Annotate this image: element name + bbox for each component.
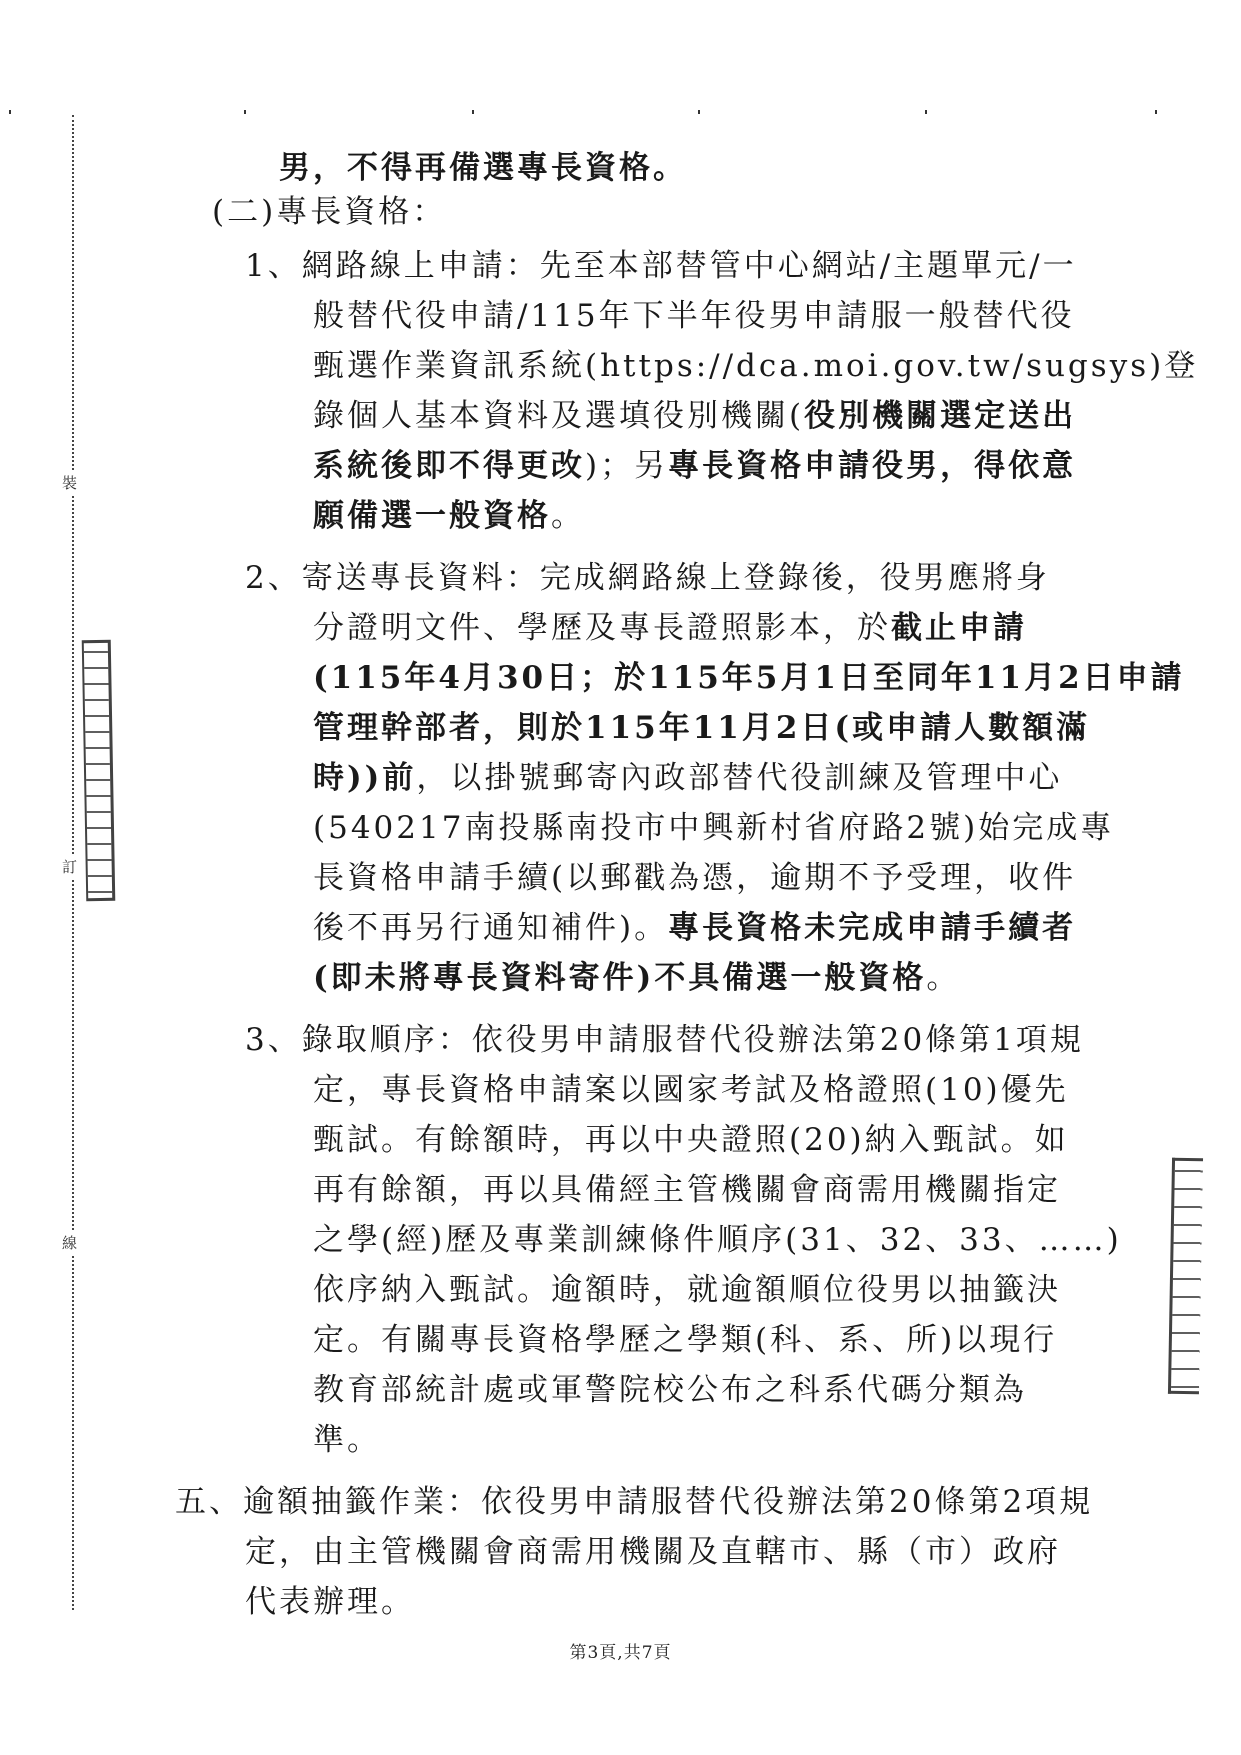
- binding-label-ding: 訂: [62, 856, 77, 878]
- bold-text-segment: 時))前: [313, 760, 416, 796]
- text-segment: 分證明文件、學歷及專長證照影本，於: [313, 610, 891, 646]
- text-line: 再有餘額，再以具備經主管機關會商需用機關指定: [313, 1170, 1061, 1210]
- text-segment: (二)專長資格：: [212, 194, 446, 230]
- text-segment: (540217南投縣南投市中興新村省府路2號)始完成專: [313, 810, 1114, 846]
- bold-text-segment: (即未將專長資料寄件)不具備選一般資格: [313, 960, 926, 996]
- bold-text-segment: 截止申請: [891, 610, 1027, 646]
- registration-tick: [472, 110, 474, 114]
- text-segment: 之學(經)歷及專業訓練條件順序(31、32、33、……): [313, 1222, 1122, 1258]
- bold-text-segment: 男，不得再備選專長資格。: [279, 150, 687, 186]
- text-line: 1、網路線上申請：先至本部替管中心網站/主題單元/一: [245, 246, 1077, 286]
- text-segment: 。: [551, 498, 585, 534]
- text-segment: 代表辦理。: [245, 1584, 415, 1620]
- text-segment: 3、錄取順序：依役男申請服替代役辦法第20條第1項規: [245, 1022, 1084, 1058]
- bold-text-segment: 願備選一般資格: [313, 498, 551, 534]
- text-line: (即未將專長資料寄件)不具備選一般資格。: [313, 958, 960, 998]
- text-segment: 依序納入甄試。逾額時，就逾額順位役男以抽籤決: [313, 1272, 1061, 1308]
- text-line: 定，由主管機關會商需用機關及直轄市、縣（市）政府: [245, 1532, 1061, 1572]
- text-segment: 般替代役申請/115年下半年役男申請服一般替代役: [313, 298, 1075, 334]
- perforation-seal-stamp-left: [82, 640, 116, 901]
- registration-tick: [1155, 110, 1157, 114]
- bold-text-segment: (115年4月30日；於115年5月1日至同年11月2日申請: [313, 660, 1185, 696]
- text-line: 般替代役申請/115年下半年役男申請服一般替代役: [313, 296, 1075, 336]
- text-line: 代表辦理。: [245, 1582, 415, 1622]
- registration-tick: [244, 110, 246, 114]
- binding-label-zhuang: 裝: [62, 472, 77, 494]
- perforation-seal-stamp-right: [1168, 1158, 1203, 1395]
- text-segment: 準。: [313, 1422, 381, 1458]
- text-line: 甄選作業資訊系統(https://dca.moi.gov.tw/sugsys)登: [313, 346, 1198, 386]
- text-line: (二)專長資格：: [212, 192, 446, 232]
- text-line: 甄試。有餘額時，再以中央證照(20)納入甄試。如: [313, 1120, 1069, 1160]
- text-segment: 定，由主管機關會商需用機關及直轄市、縣（市）政府: [245, 1534, 1061, 1570]
- binding-label-xian: 線: [62, 1232, 77, 1254]
- text-line: (540217南投縣南投市中興新村省府路2號)始完成專: [313, 808, 1114, 848]
- text-segment: 。: [926, 960, 960, 996]
- text-line: 教育部統計處或軍警院校公布之科系代碼分類為: [313, 1370, 1027, 1410]
- text-line: 2、寄送專長資料：完成網路線上登錄後，役男應將身: [245, 558, 1050, 598]
- text-segment: 甄選作業資訊系統(https://dca.moi.gov.tw/sugsys)登: [313, 348, 1198, 384]
- text-segment: 後不再另行通知補件)。: [313, 910, 668, 946]
- text-segment: ，以掛號郵寄內政部替代役訓練及管理中心: [416, 760, 1062, 796]
- text-line: 願備選一般資格。: [313, 496, 585, 536]
- text-segment: 1、網路線上申請：先至本部替管中心網站/主題單元/一: [245, 248, 1077, 284]
- text-line: 定。有關專長資格學歷之學類(科、系、所)以現行: [313, 1320, 1057, 1360]
- text-segment: 2、寄送專長資料：完成網路線上登錄後，役男應將身: [245, 560, 1050, 596]
- registration-tick: [9, 110, 11, 114]
- bold-text-segment: 專長資格申請役男，得依意: [668, 448, 1076, 484]
- bold-text-segment: 役別機關選定送出: [804, 398, 1076, 434]
- text-line: 管理幹部者，則於115年11月2日(或申請人數額滿: [313, 708, 1090, 748]
- text-segment: 錄個人基本資料及選填役別機關(: [313, 398, 804, 434]
- text-segment: 定，專長資格申請案以國家考試及格證照(10)優先: [313, 1072, 1069, 1108]
- text-segment: 再有餘額，再以具備經主管機關會商需用機關指定: [313, 1172, 1061, 1208]
- text-segment: 長資格申請手續(以郵戳為憑，逾期不予受理，收件: [313, 860, 1076, 896]
- page-number: 第3頁,共7頁: [0, 1638, 1241, 1663]
- text-segment: 五、逾額抽籤作業：依役男申請服替代役辦法第20條第2項規: [175, 1484, 1093, 1520]
- text-segment: 甄試。有餘額時，再以中央證照(20)納入甄試。如: [313, 1122, 1069, 1158]
- text-segment: 定。有關專長資格學歷之學類(科、系、所)以現行: [313, 1322, 1057, 1358]
- bold-text-segment: 管理幹部者，則於115年11月2日(或申請人數額滿: [313, 710, 1090, 746]
- text-line: 系統後即不得更改)；另專長資格申請役男，得依意: [313, 446, 1076, 486]
- text-line: 五、逾額抽籤作業：依役男申請服替代役辦法第20條第2項規: [175, 1482, 1093, 1522]
- text-line: (115年4月30日；於115年5月1日至同年11月2日申請: [313, 658, 1185, 698]
- text-line: 分證明文件、學歷及專長證照影本，於截止申請: [313, 608, 1027, 648]
- text-line: 後不再另行通知補件)。專長資格未完成申請手續者: [313, 908, 1076, 948]
- text-line: 時))前，以掛號郵寄內政部替代役訓練及管理中心: [313, 758, 1062, 798]
- registration-tick: [925, 110, 927, 114]
- text-line: 依序納入甄試。逾額時，就逾額順位役男以抽籤決: [313, 1270, 1061, 1310]
- text-line: 定，專長資格申請案以國家考試及格證照(10)優先: [313, 1070, 1069, 1110]
- text-segment: )；另: [585, 448, 668, 484]
- text-line: 錄個人基本資料及選填役別機關(役別機關選定送出: [313, 396, 1076, 436]
- bold-text-segment: 專長資格未完成申請手續者: [668, 910, 1076, 946]
- text-segment: 教育部統計處或軍警院校公布之科系代碼分類為: [313, 1372, 1027, 1408]
- text-line: 準。: [313, 1420, 381, 1460]
- text-line: 男，不得再備選專長資格。: [279, 148, 687, 188]
- text-line: 之學(經)歷及專業訓練條件順序(31、32、33、……): [313, 1220, 1122, 1260]
- registration-tick: [698, 110, 700, 114]
- text-line: 3、錄取順序：依役男申請服替代役辦法第20條第1項規: [245, 1020, 1084, 1060]
- bold-text-segment: 系統後即不得更改: [313, 448, 585, 484]
- text-line: 長資格申請手續(以郵戳為憑，逾期不予受理，收件: [313, 858, 1076, 898]
